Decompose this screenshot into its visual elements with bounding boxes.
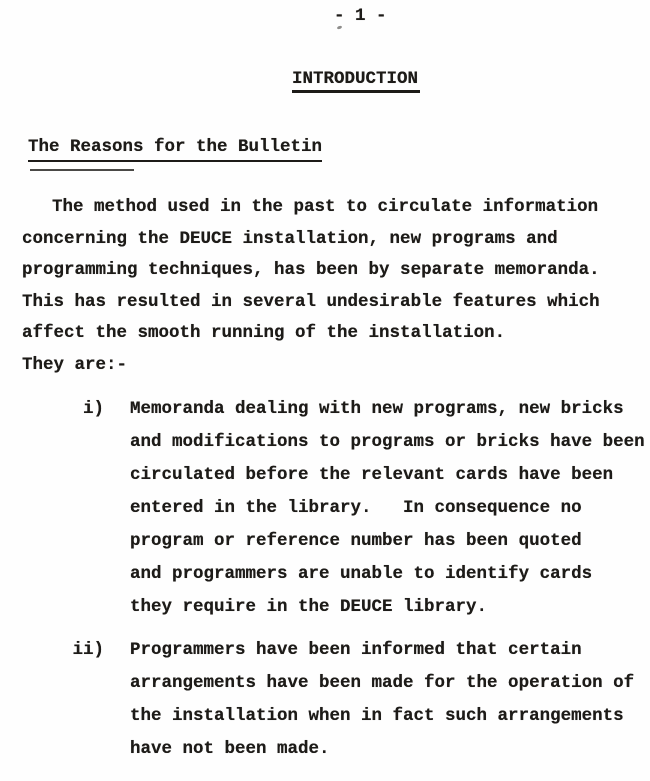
intro-paragraph: The method used in the past to circulate… (22, 192, 600, 382)
list-item-line: Memoranda dealing with new programs, new… (130, 393, 650, 426)
paragraph-line: concerning the DEUCE installation, new p… (22, 224, 600, 256)
list-item-line: and programmers are unable to identify c… (130, 558, 650, 591)
list-item-text: Programmers have been informed that cert… (130, 634, 650, 766)
list-item-line: have not been made. (130, 733, 650, 766)
paragraph-line: programming techniques, has been by sepa… (22, 255, 600, 287)
page-number: - 1 - (334, 6, 387, 26)
list-item-line: arrangements have been made for the oper… (130, 667, 650, 700)
list-item-line: program or reference number has been quo… (130, 525, 650, 558)
scan-speck (337, 25, 343, 30)
list-item-line: and modifications to programs or bricks … (130, 426, 650, 459)
section-heading: The Reasons for the Bulletin (28, 137, 322, 162)
document-title: INTRODUCTION (292, 69, 420, 93)
list-item-line: the installation when in fact such arran… (130, 700, 650, 733)
list-item-line: circulated before the relevant cards hav… (130, 459, 650, 492)
document-page: - 1 - INTRODUCTION The Reasons for the B… (0, 0, 650, 781)
list-item-line: entered in the library. In consequence n… (130, 492, 650, 525)
paragraph-line: affect the smooth running of the install… (22, 318, 600, 350)
list-item-line: they require in the DEUCE library. (130, 591, 650, 624)
paragraph-line: This has resulted in several undesirable… (22, 287, 600, 319)
paragraph-line: The method used in the past to circulate… (22, 192, 600, 224)
list-item-text: Memoranda dealing with new programs, new… (130, 393, 650, 624)
underline-artifact (30, 169, 134, 171)
list-item-i: i) Memoranda dealing with new programs, … (0, 393, 650, 624)
paragraph-lead-in: They are:- (22, 350, 600, 382)
list-item-ii: ii) Programmers have been informed that … (0, 634, 650, 766)
list-item-marker: i) (70, 393, 104, 426)
list-item-line: Programmers have been informed that cert… (130, 634, 650, 667)
list-item-marker: ii) (70, 634, 104, 667)
